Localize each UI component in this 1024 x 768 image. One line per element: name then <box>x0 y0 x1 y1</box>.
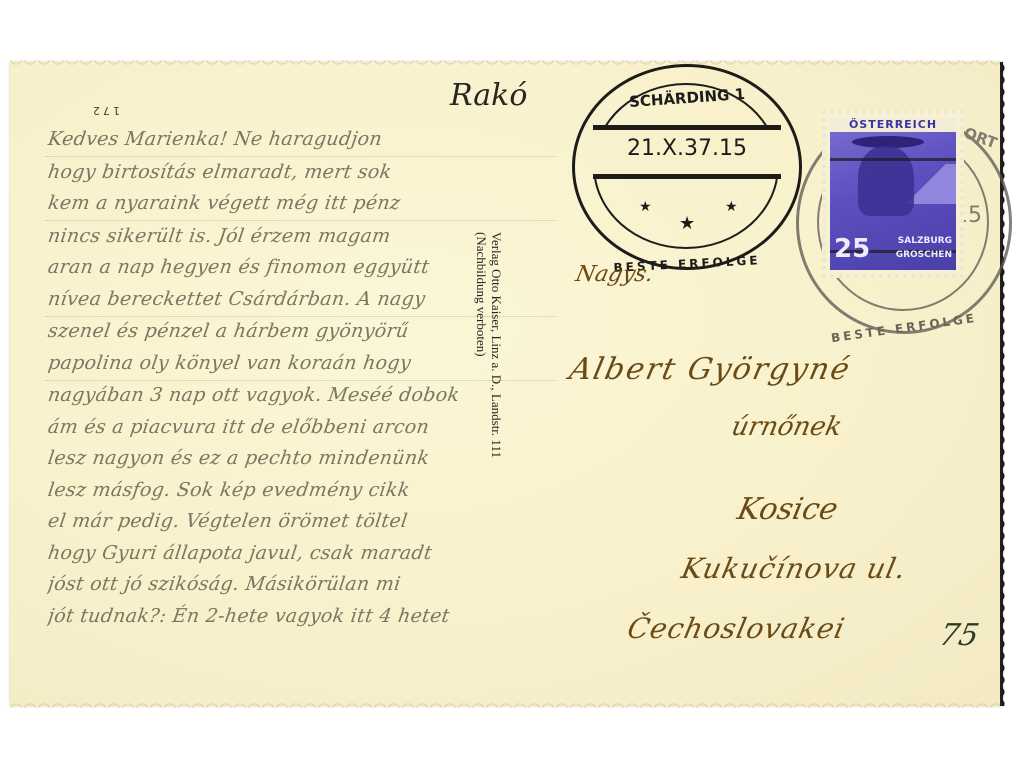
portrait-figure-icon <box>858 146 914 216</box>
message-line: kem a nyaraink végett még itt pénz <box>46 188 561 221</box>
message-line: lesz másfog. Sok kép evedmény cikk <box>46 475 560 507</box>
publisher-line-1: Verlag Otto Kaiser, Linz a. D., Landstr.… <box>489 232 504 458</box>
postmark-date: 21.X.37.15 <box>593 136 781 161</box>
address-street: Kukučínova ul. <box>678 552 909 585</box>
address-title: úrnőnek <box>729 412 845 442</box>
recipient-code: Rakó <box>450 78 527 113</box>
postmark-partial-slogan: BESTE ERFOLGE <box>799 306 1009 349</box>
deckled-edge-top <box>10 60 1000 66</box>
stamp-image: ÖSTERREICH 25 SALZBURG GROSCHEN <box>830 118 956 270</box>
postage-stamp: ÖSTERREICH 25 SALZBURG GROSCHEN <box>822 110 964 278</box>
deckled-edge-right <box>1001 62 1005 706</box>
address-salutation: Nagys. <box>573 262 655 287</box>
star-icon: ★ <box>725 199 738 215</box>
publisher-line-2: (Nachbildung verboten) <box>474 232 489 458</box>
postmark-date-band: 21.X.37.15 <box>593 125 781 179</box>
star-icon: ★ <box>639 199 652 215</box>
star-icon: ★ <box>679 213 695 234</box>
stamp-country: ÖSTERREICH <box>830 118 956 132</box>
address-name: Albert Györgyné <box>566 352 854 387</box>
message-line: hogy Gyuri állapota javul, csak maradt <box>46 538 560 570</box>
postmark-scharding: SCHÄRDING 1 21.X.37.15 ★ ★ ★ BESTE ERFOL… <box>572 64 802 270</box>
stamp-value: 25 <box>834 234 870 264</box>
deckled-edge-bottom <box>10 702 1000 708</box>
address-country: Čechoslovakei <box>624 612 848 645</box>
message-line: el már pedig. Végtelen örömet töltel <box>46 506 560 538</box>
stamp-region: SALZBURG <box>898 236 952 246</box>
message-line: jót tudnak?: Én 2-hete vagyok itt 4 hete… <box>46 601 560 633</box>
stamp-currency: GROSCHEN <box>896 250 952 260</box>
postcard: 172 Kedves Marienka! Ne haragudjonhogy b… <box>10 62 1003 706</box>
cancel-line <box>830 158 956 161</box>
message-line: hogy birtosítás elmaradt, mert sok <box>46 157 560 189</box>
card-number: 172 <box>90 104 120 117</box>
address-city: Kosice <box>734 492 841 527</box>
message-line: Kedves Marienka! Ne haragudjon <box>46 124 561 157</box>
publisher-imprint: Verlag Otto Kaiser, Linz a. D., Landstr.… <box>474 232 504 458</box>
message-line: jóst ott jó szikóság. Másikörülan mi <box>46 569 560 601</box>
address-number: 75 <box>936 618 982 653</box>
